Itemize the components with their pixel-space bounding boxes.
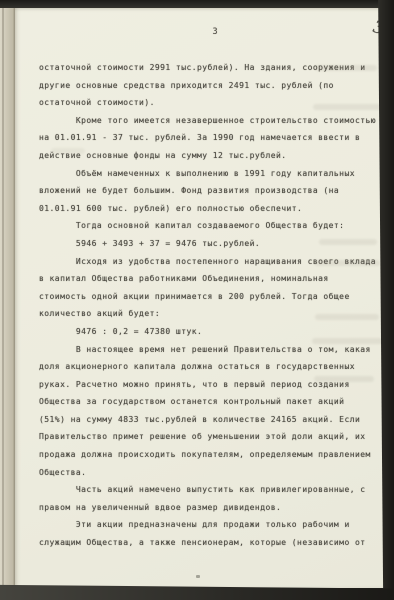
scan-border-top [0,0,394,8]
typed-text-line: Тогда основной капитал создаваемого Обще… [39,217,389,235]
typed-text-line: Общества. [39,464,389,482]
bleed-through-smudge [315,65,377,71]
stray-ink-dot [196,575,200,578]
typed-text-line: стоимость одной акции принимается в 200 … [39,288,389,306]
page-number: 3 [203,27,227,37]
scanned-document-page: 3 3 остаточной стоимости 2991 тыс.рублей… [0,0,394,600]
typed-text-line: Кроме того имеется незавершенное строите… [39,112,389,130]
typed-text-line: 01.01.91 600 тыс. рублей) его полностью … [39,200,389,218]
bleed-through-smudge [312,338,384,344]
typed-text-line: доля акционерного капитала должна остать… [39,358,389,376]
bleed-through-smudge [313,104,383,110]
typed-text-line: Общества за государством останется контр… [39,393,389,411]
typed-text-line: (51%) на сумму 4833 тыс.рублей в количес… [39,411,389,429]
typed-text-line: другие основные средства приходится 2491… [39,77,389,95]
bleed-through-smudge [314,260,380,266]
typed-text-line: служащим Общества, а также пенсионерам, … [39,534,389,552]
document-page: 3 3 остаточной стоимости 2991 тыс.рублей… [15,8,384,588]
bleed-through-smudge [314,376,374,382]
bleed-through-smudge [51,148,85,154]
typed-text-line: правом на увеличенный вдвое размер дивид… [39,499,389,517]
typed-text-line: Правительство примет решение об уменьшен… [39,428,389,446]
typed-text-body: остаточной стоимости 2991 тыс.рублей). Н… [39,59,389,552]
bleed-through-smudge [319,239,377,245]
underlying-page-edge [0,8,15,588]
typed-text-line: на 01.01.91 - 37 тыс. рублей. За 1990 го… [39,129,389,147]
typed-text-line: Эти акции предназначены для продажи толь… [39,516,389,534]
typed-text-line: Объём намеченных к выполнению в 1991 год… [39,165,389,183]
typed-text-line: вложений не будет большим. Фонд развития… [39,182,389,200]
typed-text-line: продажа должна происходить покупателям, … [39,446,389,464]
typed-text-line: действие основные фонды на сумму 12 тыс.… [39,147,389,165]
typed-text-line: Часть акций намечено выпустить как приви… [39,481,389,499]
bleed-through-smudge [315,314,379,320]
typed-text-line: в капитал Общества работниками Объединен… [39,270,389,288]
